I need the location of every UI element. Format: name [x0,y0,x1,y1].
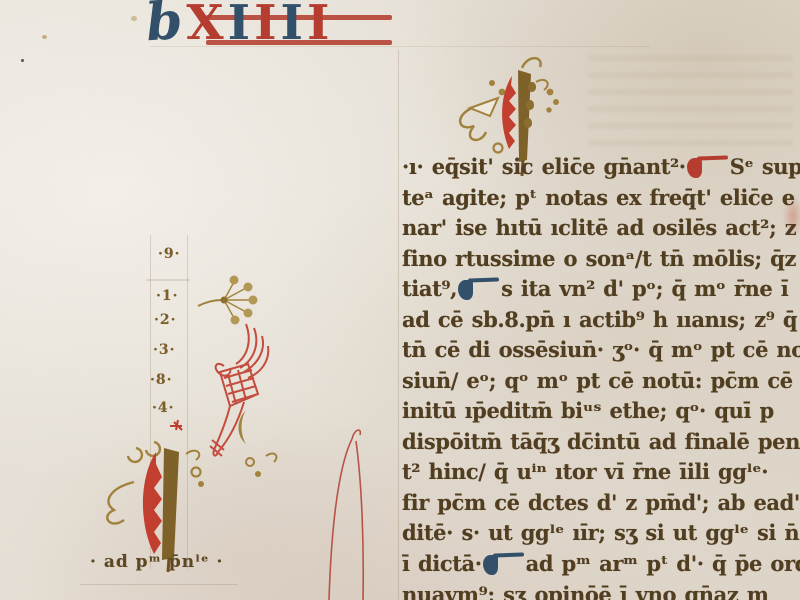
paraph-bowl [458,280,473,300]
line-text: ditē· s· ut ggˡᵉ ıı̄r; sʒ si ut ggˡᵉ si … [402,520,800,545]
ruling-line-column [398,50,399,600]
line-text: initū ıp̄editm̄ biᵘˢ ethe; qᵒ· quī p [402,398,774,423]
line-text: tiat⁹, [402,276,457,301]
ink-speck [21,59,24,62]
line-text: Sᵉ suppoᵗᵉ ı [730,154,800,179]
folio-glyph: I [281,0,307,49]
text-line: fir pc̄m cē dctes d' z pm̄d'; ab ead' ın… [402,489,800,516]
folio-glyph: b [144,0,188,49]
text-line: ī dictā·ad pᵐ arᵐ pᵗ d'· q̄ p̄e ordın [402,550,800,577]
folio-glyph: I [254,0,280,49]
line-text: tn̄ cē di ossēsiun̄· ʒᵒ· q̄ mᵒ pt cē not [402,337,800,362]
text-line: nar' ise hıtū ıclitē ad osilēs act²; z ı… [402,214,800,241]
paraph-tail [697,155,728,160]
paraph-tail [468,277,499,282]
line-text: s ita vn² d' pᵒ; q̄ mᵒ r̄ne ı̄ [501,276,788,301]
line-text: t² hinc/ q̄ uⁱⁿ ıtor vı̄ r̄ne īili ggˡᵉ· [402,459,768,484]
folio-glyph: I [228,0,254,49]
margin-number: ·9· [158,246,181,262]
text-line: tiat⁹,s ita vn² d' pᵒ; q̄ mᵒ r̄ne ı̄ [402,275,800,302]
red-loop-drawing [300,425,390,600]
line-text: ad cē sb.8.pn̄ ı actib⁹ h ııanıs; z⁹ q̄ [402,307,797,332]
text-line: nuavm⁹; sʒ opinōē ī vno gn̄az m [402,581,800,600]
text-line: fino rtussime o sonᵃ/t tn̄ mōlis; q̄z e [402,245,800,272]
ruling-line-bottom [80,584,238,585]
margin-underline [146,279,190,281]
crescent-doodle [232,400,292,490]
text-line: t² hinc/ q̄ uⁱⁿ ıtor vı̄ r̄ne īili ggˡᵉ· [402,458,800,485]
margin-number: ·3· [153,342,176,358]
stain-speck [42,35,47,39]
line-text: nar' ise hıtū ıclitē ad osilēs act²; z ı… [402,215,800,240]
text-line: ·ı· eq̄sit' sic elic̄e gn̄ant²·Sᵉ suppoᵗ… [402,153,800,180]
folio-number: bXIIII [146,0,333,52]
decorated-initial-bottom [98,418,228,573]
paraph-mark [687,155,729,179]
ink-showthrough-patch [588,55,793,155]
text-line: siun̄/ eᵒ; qᵒ mᵒ pt cē notū: pc̄m cē d [402,367,800,394]
stain-speck [131,16,137,21]
line-text: ad pᵐ arᵐ pᵗ d'· q̄ p̄e ordın [526,551,800,576]
line-text: ī dictā· [402,551,482,576]
line-text: ·ı· eq̄sit' sic elic̄e gn̄ant²· [402,154,686,179]
margin-number: ·1· [156,288,179,304]
margin-number: ·8· [150,372,173,388]
folio-glyph: I [307,0,333,49]
paraph-bowl [687,158,702,178]
text-line: ditē· s· ut ggˡᵉ ıı̄r; sʒ si ut ggˡᵉ si … [402,519,800,546]
paraph-mark [483,552,525,576]
line-text: nuavm⁹; sʒ opinōē ī vno gn̄az m [402,582,769,600]
line-text: dispōitm̄ tāq̄ʒ dc̄intū ad finalē penā· [402,429,800,454]
text-line: tn̄ cē di ossēsiun̄· ʒᵒ· q̄ mᵒ pt cē not [402,336,800,363]
margin-note: · ad pᵐ p̄nˡᵉ · [90,552,223,572]
margin-number: ·4· [152,400,175,416]
folio-glyph: X [186,0,227,49]
margin-number: ·2· [154,312,177,328]
text-line: dispōitm̄ tāq̄ʒ dc̄intū ad finalē penā· [402,428,800,455]
paraph-bowl [483,555,498,575]
text-line: teᵃ agite; pᵗ notas ex freq̄t' elic̄e e [402,184,800,211]
text-line: ad cē sb.8.pn̄ ı actib⁹ h ııanıs; z⁹ q̄ [402,306,800,333]
paraph-tail [493,552,524,557]
parchment-page: bXIIII ·9· ·1· ·2· ·3· ·8· ·4· [0,0,800,600]
text-line: initū ıp̄editm̄ biᵘˢ ethe; qᵒ· quī p [402,397,800,424]
line-text: teᵃ agite; pᵗ notas ex freq̄t' elic̄e e [402,185,795,210]
paraph-mark [458,277,500,301]
line-text: siun̄/ eᵒ; qᵒ mᵒ pt cē notū: pc̄m cē d [402,368,800,393]
line-text: fino rtussime o sonᵃ/t tn̄ mōlis; q̄z e [402,246,800,271]
line-text: fir pc̄m cē dctes d' z pm̄d'; ab ead' ın… [402,490,800,515]
